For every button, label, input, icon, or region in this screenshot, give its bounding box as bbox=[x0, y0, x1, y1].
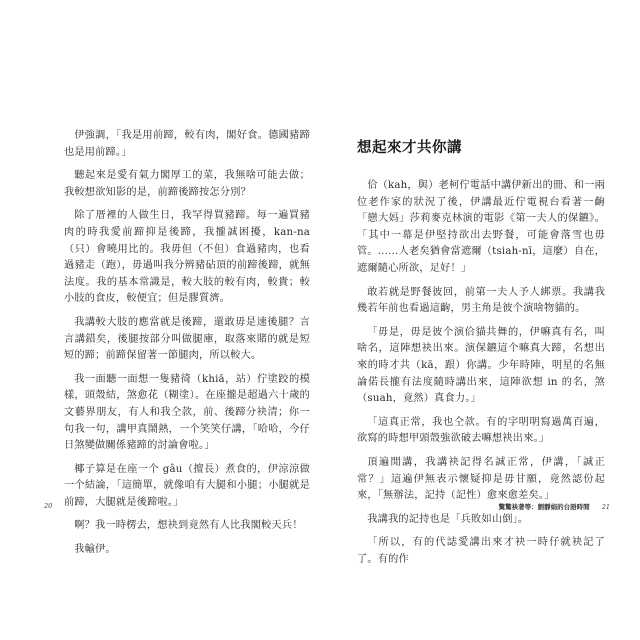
paragraph: 「這真正常，我也仝款。有的字明明寫過萬百遍，欲寫的時想甲頭殼強欲破去嘛想袂出來。… bbox=[357, 415, 605, 448]
left-page: 伊強調，「我是用前蹄，較有肉，閣好食。德國豬蹄也是用前蹄。」 聽起來是愛有氣力閣… bbox=[0, 0, 320, 640]
paragraph: 我講較大肢的應當就是後蹄，還敢毋是速後腿？言言講錯矣，後腿按部分叫做腿庫，取落來… bbox=[64, 315, 310, 365]
right-page-body: 佮（kah，與）老柯佇電話中講伊新出的冊、和一兩位老作家的狀況了後，伊講最近佇電… bbox=[357, 178, 605, 575]
paragraph: 伊強調，「我是用前蹄，較有肉，閣好食。德國豬蹄也是用前蹄。」 bbox=[64, 128, 310, 161]
paragraph: 啊？我一時楞去，想袂到竟然有人比我閣較天兵！ bbox=[64, 518, 310, 535]
paragraph: 聽起來是愛有氣力閣厚工的菜，我無啥可能去做；我較想欲知影的是，前蹄後蹄按怎分別？ bbox=[64, 168, 310, 201]
running-head: 驚驚袂著等：劉靜娟的台語時間 bbox=[499, 503, 590, 511]
paragraph: 佮（kah，與）老柯佇電話中講伊新出的冊、和一兩位老作家的狀況了後，伊講最近佇電… bbox=[357, 178, 605, 278]
paragraph: 「所以，有的代誌愛講出來才袂一時仔就袂記了了。有的作 bbox=[357, 535, 605, 568]
paragraph: 椰子算是在座一个 gâu（擅長）煮食的，伊涼涼做一个結論，「這簡單，就像咱有大腿… bbox=[64, 462, 310, 512]
left-page-body: 伊強調，「我是用前蹄，較有肉，閣好食。德國豬蹄也是用前蹄。」 聽起來是愛有氣力閣… bbox=[64, 128, 310, 566]
paragraph: 頂遍閒講，我講袂記得名誠正常，伊講，「誠正常？」這遍伊無表示懷疑抑是毋甘願，竟然… bbox=[357, 455, 605, 505]
paragraph: 除了厝裡的人做生日，我罕得買豬蹄。每一遍買豬肉的時我愛前蹄抑是後蹄，我攏誠困擾，… bbox=[64, 208, 310, 308]
paragraph: 我講我的記持也是「兵敗如山倒」。 bbox=[357, 512, 605, 529]
right-page-number: 21 bbox=[602, 503, 610, 511]
left-page-number: 20 bbox=[44, 502, 52, 510]
right-page: 想起來才共你講 佮（kah，與）老柯佇電話中講伊新出的冊、和一兩位老作家的狀況了… bbox=[320, 0, 640, 640]
paragraph: 我一面聽一面想一隻豬徛（khiā，站）佇塗跤的模樣，頭殼結，煞愈花（糊塗）。在座… bbox=[64, 372, 310, 455]
paragraph: 我輸伊。 bbox=[64, 542, 310, 559]
paragraph: 敢若就是野餐彼回，前第一夫人予人綁票。我講我幾若年前也看過這齣，男主角是彼个演啥… bbox=[357, 285, 605, 318]
right-page-footer: 驚驚袂著等：劉靜娟的台語時間 21 bbox=[320, 502, 610, 511]
paragraph: 「毋是，毋是彼个演佮貓共舞的，伊嘛真有名，叫啥名，這陣想袂出來。演保鑣這个嘛真大… bbox=[357, 325, 605, 408]
chapter-title: 想起來才共你講 bbox=[357, 136, 462, 157]
